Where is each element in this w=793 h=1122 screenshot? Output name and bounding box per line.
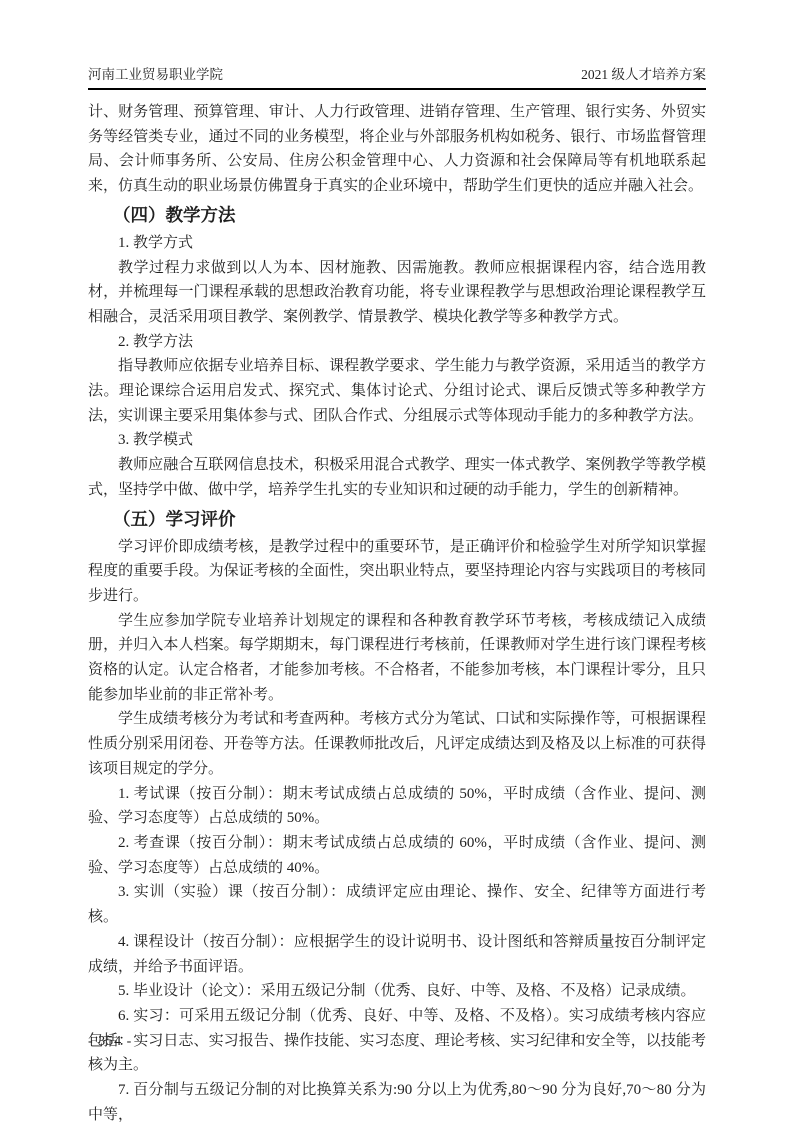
- page-number: - 354 -: [88, 1034, 132, 1049]
- paragraph: 2. 教学方法: [88, 330, 706, 355]
- paragraph: 学生成绩考核分为考试和考查两种。考核方式分为笔试、口试和实际操作等，可根据课程性…: [88, 707, 706, 781]
- paragraph: 6. 实习：可采用五级记分制（优秀、良好、中等、及格、不及格）。实习成绩考核内容…: [88, 1004, 706, 1078]
- paragraph: 4. 课程设计（按百分制）：应根据学生的设计说明书、设计图纸和答辩质量按百分制评…: [88, 930, 706, 979]
- paragraph-continuation: 计、财务管理、预算管理、审计、人力行政管理、进销存管理、生产管理、银行实务、外贸…: [88, 100, 706, 199]
- paragraph: 教师应融合互联网信息技术，积极采用混合式教学、理实一体式教学、案例教学等教学模式…: [88, 453, 706, 502]
- header-document-title: 2021 级人才培养方案: [581, 66, 706, 83]
- paragraph: 3. 教学模式: [88, 428, 706, 453]
- paragraph: 指导教师应依据专业培养目标、课程教学要求、学生能力与教学资源，采用适当的教学方法…: [88, 354, 706, 428]
- paragraph: 5. 毕业设计（论文）：采用五级记分制（优秀、良好、中等、及格、不及格）记录成绩…: [88, 979, 706, 1004]
- header-divider: [88, 88, 706, 90]
- paragraph: 1. 考试课（按百分制）：期末考试成绩占总成绩的 50%，平时成绩（含作业、提问…: [88, 782, 706, 831]
- section-heading: （五）学习评价: [88, 503, 706, 535]
- paragraph: 1. 教学方式: [88, 231, 706, 256]
- paragraph: 学习评价即成绩考核，是教学过程中的重要环节，是正确评价和检验学生对所学知识掌握程…: [88, 535, 706, 609]
- paragraph: 教学过程力求做到以人为本、因材施教、因需施教。教师应根据课程内容，结合选用教材，…: [88, 256, 706, 330]
- section-heading: （四）教学方法: [88, 199, 706, 231]
- document-page: 河南工业贸易职业学院 2021 级人才培养方案 计、财务管理、预算管理、审计、人…: [0, 0, 793, 1122]
- page-header: 河南工业贸易职业学院 2021 级人才培养方案: [88, 66, 706, 90]
- header-school-name: 河南工业贸易职业学院: [88, 66, 223, 83]
- paragraph: 2. 考查课（按百分制）：期末考试成绩占总成绩的 60%，平时成绩（含作业、提问…: [88, 831, 706, 880]
- paragraph: 7. 百分制与五级记分制的对比换算关系为:90 分以上为优秀,80～90 分为良…: [88, 1078, 706, 1122]
- paragraph: 学生应参加学院专业培养计划规定的课程和各种教育教学环节考核，考核成绩记入成绩册，…: [88, 609, 706, 708]
- document-body: 计、财务管理、预算管理、审计、人力行政管理、进销存管理、生产管理、银行实务、外贸…: [88, 100, 706, 1122]
- page-footer: - 354 -: [88, 1034, 132, 1050]
- paragraph: 3. 实训（实验）课（按百分制）：成绩评定应由理论、操作、安全、纪律等方面进行考…: [88, 880, 706, 929]
